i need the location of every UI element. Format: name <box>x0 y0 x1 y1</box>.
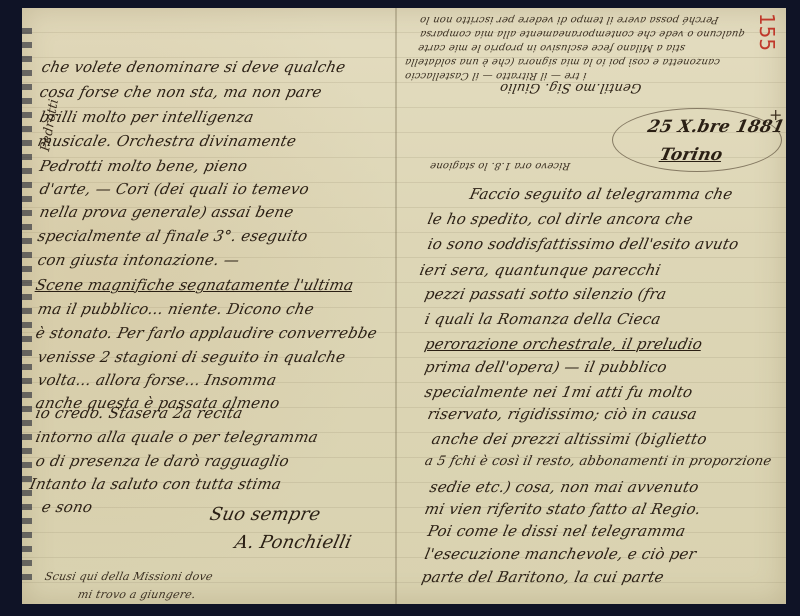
page-fold <box>395 8 397 604</box>
left-line: nella prova generale) assai bene <box>38 203 295 221</box>
left-line: venisse 2 stagioni di seguito in qualche <box>36 348 347 366</box>
postscript-line: mi trovo a giungere. <box>77 588 197 601</box>
right-line: perorazione orchestrale, il preludio <box>423 335 704 353</box>
right-line: prima dell'opera) — il pubblico <box>423 358 669 376</box>
left-line: o di presenza le darò ragguaglio <box>34 452 291 470</box>
right-line: sedie etc.) cosa, non mai avvenuto <box>428 478 701 496</box>
right-line: Faccio seguito al telegramma che <box>468 185 734 203</box>
right-line: parte del Baritono, la cui parte <box>420 568 666 586</box>
right-line: anche dei prezzi altissimi (biglietto <box>430 430 709 448</box>
letter-date: 25 X.bre 1881 <box>646 117 786 137</box>
left-line: Pedrotti molto bene, pieno <box>38 157 249 175</box>
right-line: a 5 fchi è così il resto, abbonamenti in… <box>423 454 772 469</box>
signature: A. Ponchielli <box>233 532 354 553</box>
right-line: ieri sera, quantunque parecchi <box>418 261 662 279</box>
left-line: d'arte, — Cori (dei quali io temevo <box>38 180 311 198</box>
right-line: mi vien riferito stato fatto al Regio. <box>423 500 702 518</box>
upside-down-note: Ricevo ora 1.8. lo stagione <box>429 160 571 171</box>
left-line: cosa forse che non sta, ma non pare <box>38 83 323 101</box>
right-line: riservato, rigidissimo; ciò in causa <box>426 405 699 423</box>
left-line: specialmente al finale 3°. eseguito <box>36 227 309 245</box>
right-line: l'esecuzione manchevole, e ciò per <box>423 545 698 563</box>
closing: Suo sempre <box>208 504 323 525</box>
upside-down-note: stia a Milano fece esclusivo in proprio … <box>417 42 686 53</box>
right-line: le ho spedito, col dirle ancora che <box>426 210 695 228</box>
torn-edge <box>22 28 32 588</box>
left-line: con giusta intonazione. — <box>36 251 241 269</box>
left-line: Scene magnifiche segnatamente l'ultima <box>34 276 355 294</box>
left-line: brilli molto per intelligenza <box>38 108 255 126</box>
right-line: pezzi passati sotto silenzio (fra <box>423 285 668 303</box>
left-line: ma il pubblico... niente. Dicono che <box>36 300 316 318</box>
right-line: io sono soddisfattissimo dell'esito avut… <box>426 235 740 253</box>
right-line: i quali la Romanza della Cieca <box>423 310 663 328</box>
right-line: specialmente nei 1mi atti fu molto <box>423 383 694 401</box>
left-line: io credo. Stasera 2a recita <box>34 404 244 422</box>
left-line: intorno alla quale o per telegramma <box>34 428 320 446</box>
left-line: volta... allora forse... Insomma <box>36 371 278 389</box>
left-line: musicale. Orchestra divinamente <box>36 132 298 150</box>
left-line: Intanto la saluto con tutta stima <box>28 475 283 493</box>
upside-down-note: canzonetta e così poi io la mia signora … <box>404 56 721 67</box>
upside-down-note: qualcuno o vede che contemporaneamente a… <box>419 28 746 39</box>
page-number: 155 <box>755 13 779 51</box>
upside-down-note: Perché possa avere il tempo di vedere pe… <box>419 14 720 25</box>
postscript-line: Scusi qui della Missioni dove <box>44 570 214 583</box>
right-line: Poi come le dissi nel telegramma <box>426 522 687 540</box>
left-line: e sono <box>40 498 94 516</box>
left-line: che volete denominare si deve qualche <box>40 58 347 76</box>
letter-place: Torino <box>658 145 725 165</box>
left-line: è stonato. Per farlo applaudire converre… <box>34 324 379 342</box>
upside-down-salutation: Gentil.mo Sig. Giulio <box>499 80 643 95</box>
